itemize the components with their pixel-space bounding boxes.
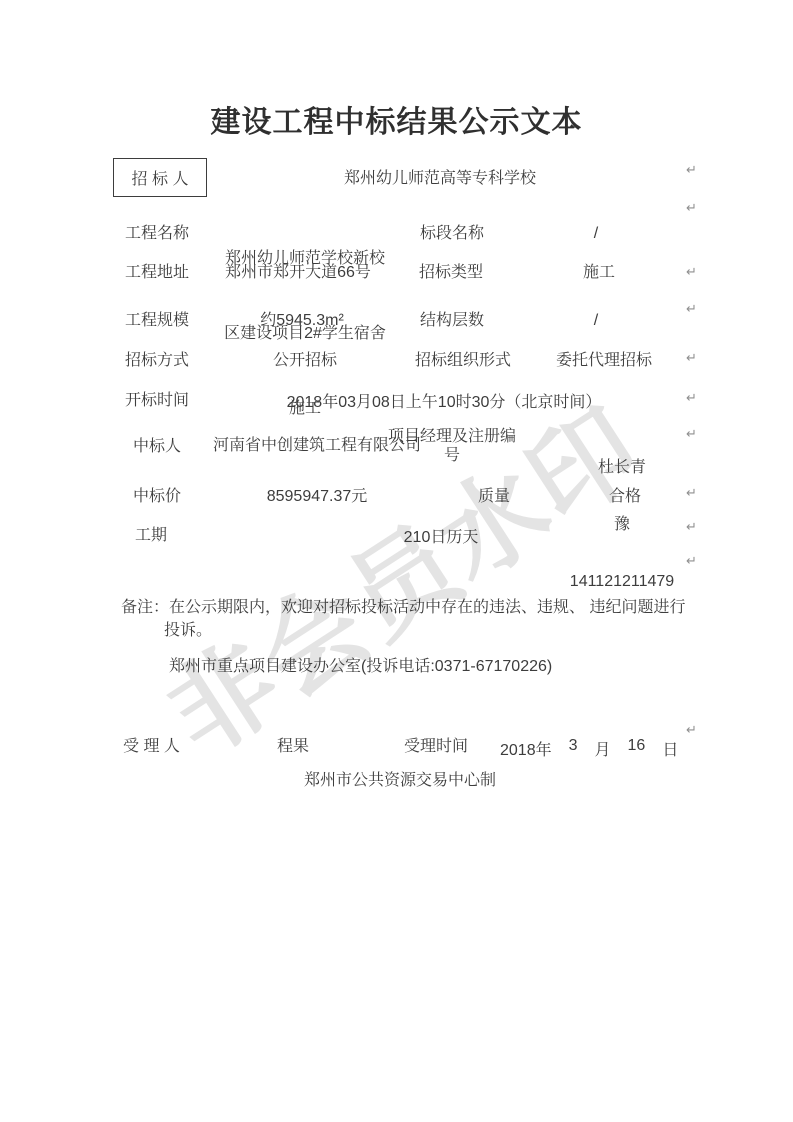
manager-reg-province: 豫	[570, 515, 674, 534]
document-page: 非会员水印 建设工程中标结果公示文本 招 标 人 郑州幼儿师范高等专科学校 工程…	[0, 0, 793, 1122]
remarks-line2: 投诉。	[164, 621, 212, 640]
acceptance-time-value: 2018年 3 月 16 日	[500, 737, 678, 760]
method-value: 公开招标	[273, 351, 337, 370]
acceptance-year: 2018年	[500, 737, 552, 760]
acceptance-time-label: 受理时间	[404, 737, 468, 756]
org-form-label: 招标组织形式	[415, 351, 511, 370]
price-label: 中标价	[133, 487, 181, 506]
address-label: 工程地址	[125, 263, 189, 282]
bid-type-label: 招标类型	[419, 263, 483, 282]
paragraph-return-icon: ↵	[686, 350, 697, 366]
paragraph-return-icon: ↵	[686, 553, 697, 569]
scale-value: 约5945.3m²	[260, 311, 344, 330]
open-time-value: 2018年03月08日上午10时30分（北京时间）	[287, 393, 602, 412]
acceptance-day-number: 16	[628, 737, 646, 760]
acceptance-day-label: 日	[662, 737, 678, 760]
open-time-label: 开标时间	[125, 391, 189, 410]
paragraph-return-icon: ↵	[686, 426, 697, 442]
paragraph-return-icon: ↵	[686, 722, 697, 738]
acceptance-month-label: 月	[595, 737, 611, 760]
paragraph-return-icon: ↵	[686, 390, 697, 406]
winner-label: 中标人	[133, 437, 181, 456]
tenderer-label: 招 标 人	[132, 166, 189, 189]
page-title: 建设工程中标结果公示文本	[211, 97, 583, 141]
handler-value: 程果	[277, 737, 309, 756]
duration-label: 工期	[135, 526, 167, 545]
manager-name: 杜长青	[570, 458, 674, 477]
tenderer-value: 郑州幼儿师范高等专科学校	[344, 169, 536, 188]
price-value: 8595947.37元	[267, 487, 368, 506]
method-label: 招标方式	[125, 351, 189, 370]
paragraph-return-icon: ↵	[686, 301, 697, 317]
project-name-value: 郑州幼儿师范学校新校 区建设项目2#学生宿舍 施工	[224, 196, 386, 471]
tenderer-label-box: 招 标 人	[113, 158, 207, 197]
paragraph-return-icon: ↵	[686, 200, 697, 216]
section-label: 标段名称	[420, 224, 484, 243]
paragraph-return-icon: ↵	[686, 162, 697, 178]
paragraph-return-icon: ↵	[686, 264, 697, 280]
quality-label: 质量	[478, 487, 510, 506]
floors-label: 结构层数	[420, 311, 484, 330]
complaint-contact: 郑州市重点项目建设办公室(投诉电话:0371-67170226)	[169, 657, 552, 676]
project-name-label: 工程名称	[125, 224, 189, 243]
paragraph-return-icon: ↵	[686, 519, 697, 535]
bid-type-value: 施工	[583, 263, 615, 282]
document-maker: 郑州市公共资源交易中心制	[304, 771, 496, 790]
duration-value: 210日历天	[404, 528, 479, 547]
scale-label: 工程规模	[125, 311, 189, 330]
remarks-line1: 备注：在公示期限内，欢迎对招标投标活动中存在的违法、违规、 违纪问题进行	[121, 598, 685, 617]
quality-value: 合格	[609, 487, 641, 506]
section-value: /	[594, 224, 598, 243]
handler-label: 受 理 人	[123, 737, 180, 756]
manager-reg-number: 141121211479	[570, 572, 674, 591]
paragraph-return-icon: ↵	[686, 485, 697, 501]
manager-label: 项目经理及注册编号	[384, 427, 520, 465]
org-form-value: 委托代理招标	[556, 351, 652, 370]
address-value: 郑州市郑开大道66号	[225, 263, 371, 282]
acceptance-month-number: 3	[569, 737, 578, 760]
floors-value: /	[594, 311, 598, 330]
